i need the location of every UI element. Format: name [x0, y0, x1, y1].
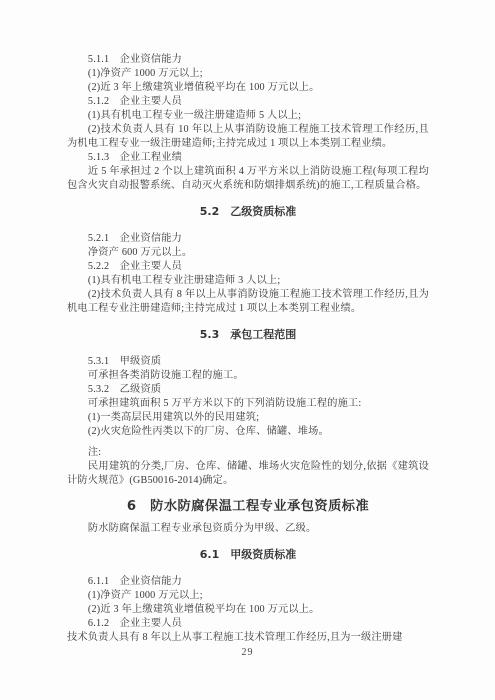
paragraph: 防水防腐保温工程专业承包资质分为甲级、乙级。: [67, 522, 429, 536]
paragraph: 技术负责人具有 8 年以上从事工程施工技术管理工作经历,且为一级注册建: [67, 631, 429, 645]
paragraph: (1)净资产 1000 万元以上;: [67, 67, 429, 81]
paragraph: 可承担建筑面积 5 万平方米以下的下列消防设施工程的施工:: [67, 397, 429, 411]
chapter-heading: 6 防水防腐保温工程专业承包资质标准: [67, 498, 429, 515]
section-heading: 5.2 乙级资质标准: [67, 204, 429, 219]
paragraph: (2)火灾危险性丙类以下的厂房、仓库、储罐、堆场。: [67, 425, 429, 439]
paragraph: 近 5 年承担过 2 个以上建筑面积 4 万平方米以上消防设施工程(每项工程均包…: [67, 165, 429, 193]
paragraph: 5.2.2 企业主要人员: [67, 260, 429, 274]
paragraph: (2)近 3 年上缴建筑业增值税平均在 100 万元以上。: [67, 603, 429, 617]
document-page: 5.1.1 企业资信能力(1)净资产 1000 万元以上;(2)近 3 年上缴建…: [0, 0, 495, 700]
paragraph: 5.3.2 乙级资质: [67, 383, 429, 397]
paragraph: (1)一类高层民用建筑以外的民用建筑;: [67, 411, 429, 425]
paragraph: 可承担各类消防设施工程的施工。: [67, 369, 429, 383]
paragraph: 5.3.1 甲级资质: [67, 355, 429, 369]
paragraph: 6.1.1 企业资信能力: [67, 575, 429, 589]
paragraph: 5.2.1 企业资信能力: [67, 232, 429, 246]
note-label: 注:: [67, 446, 429, 460]
paragraph: (1)具有机电工程专业一级注册建造师 5 人以上;: [67, 109, 429, 123]
page-number: 29: [0, 647, 495, 658]
paragraph: 5.1.3 企业工程业绩: [67, 151, 429, 165]
section-heading: 5.3 承包工程范围: [67, 327, 429, 342]
paragraph: (1)具有机电工程专业注册建造师 3 人以上;: [67, 274, 429, 288]
section-heading: 6.1 甲级资质标准: [67, 547, 429, 562]
document-body: 5.1.1 企业资信能力(1)净资产 1000 万元以上;(2)近 3 年上缴建…: [67, 53, 429, 645]
paragraph: 净资产 600 万元以上。: [67, 246, 429, 260]
paragraph: 6.1.2 企业主要人员: [67, 617, 429, 631]
note-text: 民用建筑的分类,厂房、仓库、储罐、堆场火灾危险性的划分,依据《建筑设计防火规范》…: [67, 460, 429, 488]
paragraph: (2)技术负责人具有 10 年以上从事消防设施工程施工技术管理工作经历,且为机电…: [67, 123, 429, 151]
paragraph: (2)近 3 年上缴建筑业增值税平均在 100 万元以上。: [67, 81, 429, 95]
paragraph: 5.1.2 企业主要人员: [67, 95, 429, 109]
paragraph: 5.1.1 企业资信能力: [67, 53, 429, 67]
paragraph: (2)技术负责人具有 8 年以上从事消防设施工程施工技术管理工作经历,且为机电工…: [67, 288, 429, 316]
paragraph: (1)净资产 1000 万元以上;: [67, 589, 429, 603]
